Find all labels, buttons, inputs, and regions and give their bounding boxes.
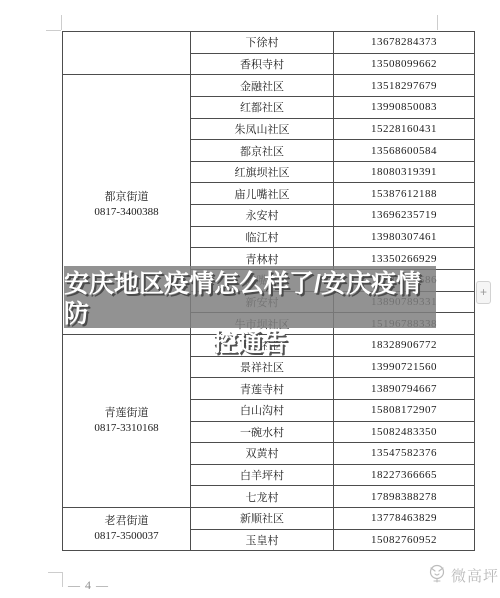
table-row: 都京街道0817-3400388金融社区13518297679 xyxy=(63,75,475,97)
village-cell: 朱凤山社区 xyxy=(191,118,334,140)
phone-cell: 13568600584 xyxy=(334,140,475,162)
phone-cell: 13980307461 xyxy=(334,226,475,248)
phone-cell: 13696235719 xyxy=(334,205,475,227)
village-cell: 金融社区 xyxy=(191,75,334,97)
phone-cell: 18080319391 xyxy=(334,161,475,183)
street-phone: 0817-3500037 xyxy=(63,529,190,544)
village-cell: 红都社区 xyxy=(191,96,334,118)
table-row: 老君街道0817-3500037新顺社区13778463829 xyxy=(63,508,475,530)
village-cell: 白山沟村 xyxy=(191,399,334,421)
street-cell xyxy=(63,32,191,75)
page-number: — 4 — xyxy=(68,578,109,593)
street-name: 老君街道 xyxy=(63,514,190,529)
phone-cell: 18227366665 xyxy=(334,464,475,486)
village-cell: 七龙村 xyxy=(191,486,334,508)
phone-cell: 13518297679 xyxy=(334,75,475,97)
village-cell: 新顺社区 xyxy=(191,508,334,530)
phone-cell: 18328906772 xyxy=(334,334,475,356)
crop-mark-top-left-vertical xyxy=(61,15,62,30)
street-cell: 老君街道0817-3500037 xyxy=(63,508,191,551)
village-cell: 永安村 xyxy=(191,205,334,227)
village-cell: 红旗坝社区 xyxy=(191,161,334,183)
phone-cell: 13547582376 xyxy=(334,443,475,465)
village-cell: 一碗水村 xyxy=(191,421,334,443)
phone-cell: 15808172907 xyxy=(334,399,475,421)
crop-mark-bottom-left-vertical xyxy=(62,572,63,587)
table-row: 下徐村13678284373 xyxy=(63,32,475,54)
village-cell: 庙儿嘴社区 xyxy=(191,183,334,205)
village-cell: 景祥社区 xyxy=(191,356,334,378)
crop-mark-top-left-horizontal xyxy=(46,30,61,31)
village-cell: 香积寺村 xyxy=(191,53,334,75)
village-cell: 青莲寺村 xyxy=(191,378,334,400)
caption-overlay: 安庆地区疫情怎么样了/安庆疫情防 控通告 xyxy=(64,266,436,328)
phone-cell: 13508099662 xyxy=(334,53,475,75)
phone-cell: 13778463829 xyxy=(334,508,475,530)
expand-button[interactable]: + xyxy=(476,281,491,304)
street-cell: 青莲街道0817-3310168 xyxy=(63,334,191,507)
village-cell: 双黄村 xyxy=(191,443,334,465)
phone-cell: 13890794667 xyxy=(334,378,475,400)
street-name: 青莲街道 xyxy=(63,406,190,421)
phone-cell: 15082760952 xyxy=(334,529,475,551)
phone-cell: 15228160431 xyxy=(334,118,475,140)
village-cell: 临江村 xyxy=(191,226,334,248)
crop-mark-top-right-vertical xyxy=(437,15,438,30)
phone-cell: 15082483350 xyxy=(334,421,475,443)
crop-mark-bottom-left-horizontal xyxy=(48,572,63,573)
village-cell: 下徐村 xyxy=(191,32,334,54)
phone-cell: 13678284373 xyxy=(334,32,475,54)
phone-cell: 17898388278 xyxy=(334,486,475,508)
village-cell: 都京社区 xyxy=(191,140,334,162)
phone-cell: 13990721560 xyxy=(334,356,475,378)
village-cell: 白羊坪村 xyxy=(191,464,334,486)
watermark-logo-icon xyxy=(426,562,448,589)
village-cell: 玉皇村 xyxy=(191,529,334,551)
caption-title-line2: 控通告 xyxy=(212,329,287,357)
watermark: 微高坪 xyxy=(426,562,499,589)
street-phone: 0817-3400388 xyxy=(63,205,190,220)
street-phone: 0817-3310168 xyxy=(63,421,190,436)
phone-cell: 13990850083 xyxy=(334,96,475,118)
street-name: 都京街道 xyxy=(63,190,190,205)
caption-title-line1: 安庆地区疫情怎么样了/安庆疫情防 xyxy=(64,269,436,329)
phone-cell: 15387612188 xyxy=(334,183,475,205)
watermark-label: 微高坪 xyxy=(451,565,499,586)
